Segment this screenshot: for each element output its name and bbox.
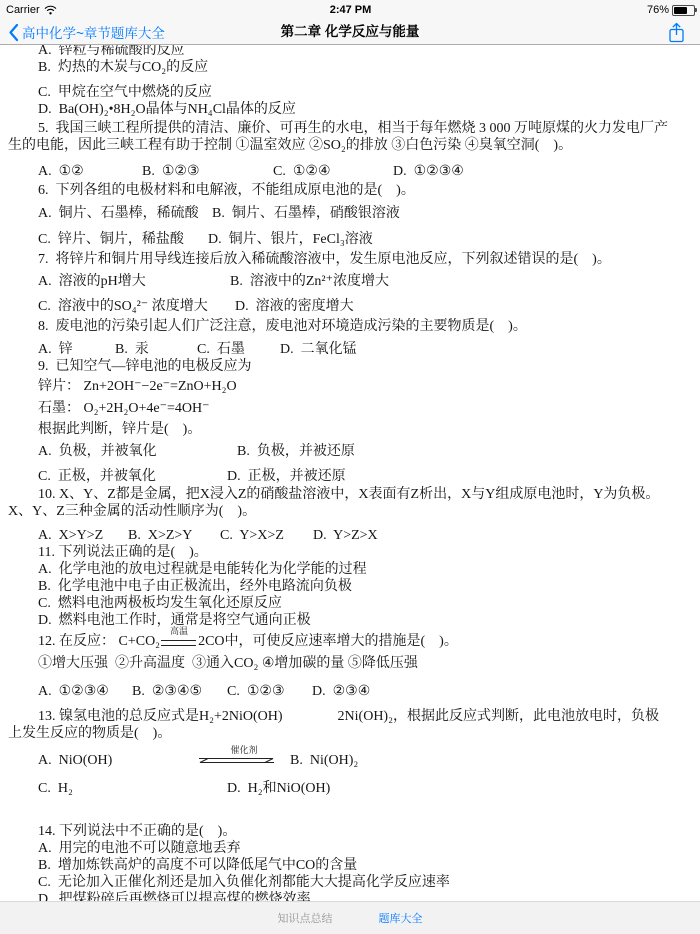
text-run: A. 溶液的pH增大: [38, 273, 230, 290]
text-run: 根据此判断，锌片是( )。: [38, 422, 201, 437]
text-run: B. 灼热的木炭与CO₂的反应: [38, 60, 208, 75]
doc-line: C. 正极，并被氧化D. 正极，并被还原: [0, 468, 700, 485]
text-run: D. H₂和NiO(OH): [227, 781, 330, 796]
doc-line: D. 燃料电池工作时，通常是将空气通向正极: [0, 612, 700, 629]
back-button-label: 高中化学~章节题库大全: [22, 22, 165, 42]
text-run: A. ①②: [38, 163, 142, 180]
doc-line: A. X>Y>ZB. X>Z>YC. Y>X>ZD. Y>Z>X: [0, 527, 700, 544]
text-run: A. X>Y>Z: [38, 527, 128, 544]
share-icon: [667, 22, 686, 44]
doc-line: 锌片： Zn+2OH⁻−2e⁻=ZnO+H₂O: [0, 378, 700, 395]
doc-line: A. 负极，并被氧化B. 负极，并被还原: [0, 443, 700, 460]
app-screen: A. 锌粒与稀硫酸的反应B. 灼热的木炭与CO₂的反应C. 甲烷在空气中燃烧的反…: [0, 0, 700, 934]
text-run: D. Ba(OH)₂•8H₂O晶体与NH₄Cl晶体的反应: [38, 102, 296, 117]
text-run: C. 正极，并被氧化: [38, 468, 227, 485]
text-run: C. 无论加入正催化剂还是加入负催化剂都能大大提高化学反应速率: [38, 875, 450, 890]
text-run: A. ①②③④: [38, 683, 132, 700]
text-run: C. ①②④: [273, 163, 393, 180]
doc-line: C. H₂D. H₂和NiO(OH): [0, 780, 700, 797]
condition-label: 高温: [160, 627, 198, 636]
doc-line: B. 化学电池中电子由正极流出，经外电路流向负极: [0, 578, 700, 595]
text-run: 6. 下列各组的电极材料和电解液，不能组成原电池的是( )。: [38, 183, 415, 198]
doc-line: A. 化学电池的放电过程就是电能转化为化学能的过程: [0, 561, 700, 578]
text-run: D. Y>Z>X: [313, 528, 378, 543]
text-run: 9. 已知空气—锌电池的电极反应为: [38, 359, 252, 374]
text-run: C. ①②③: [227, 683, 312, 700]
doc-line: A. NiO(OH)催化剂B. Ni(OH)₂: [0, 752, 700, 769]
share-button[interactable]: [667, 21, 686, 45]
text-run: 2CO中，可使反应速率增大的措施是( )。: [198, 634, 458, 649]
text-run: C. 燃料电池两极板均发生氧化还原反应: [38, 596, 282, 611]
doc-line: 9. 已知空气—锌电池的电极反应为: [0, 358, 700, 375]
text-run: 锌片： Zn+2OH⁻−2e⁻=ZnO+H₂O: [38, 379, 237, 394]
text-run: A. 锌粒与稀硫酸的反应: [38, 43, 185, 58]
text-run: 11. 下列说法正确的是( )。: [38, 545, 208, 560]
text-run: 10. X、Y、Z都是金属，把X浸入Z的硝酸盐溶液中，X表面有Z析出，X与Y组成…: [38, 487, 659, 502]
doc-line: A. 锌B. 汞C. 石墨D. 二氧化锰: [0, 341, 700, 358]
text-run: D. 溶液的密度增大: [235, 299, 354, 314]
text-run: A. NiO(OH): [38, 752, 198, 769]
doc-line: B. 增加炼铁高炉的高度不可以降低尾气中CO的含量: [0, 857, 700, 874]
text-run: 生的电能，因此三峡工程有助于控制 ①温室效应 ②SO₂的排放 ③白色污染 ④臭氧…: [8, 138, 572, 153]
text-run: 2Ni(OH)₂，根据此反应式判断，此电池放电时，负极: [338, 709, 659, 724]
doc-line: C. 甲烷在空气中燃烧的反应: [0, 84, 700, 101]
battery-fill: [674, 7, 687, 14]
text-run: B. X>Z>Y: [128, 527, 220, 544]
text-run: B. 铜片、石墨棒，硝酸银溶液: [212, 206, 400, 221]
wifi-icon: [44, 5, 57, 15]
carrier-label: Carrier: [6, 4, 40, 16]
text-run: A. 铜片、石墨棒，稀硫酸: [38, 205, 212, 222]
text-run: A. 化学电池的放电过程就是电能转化为化学能的过程: [38, 562, 367, 577]
text-run: 5. 我国三峡工程所提供的清洁、廉价、可再生的水电，相当于每年燃烧 3 000 …: [38, 121, 668, 136]
doc-line: C. 无论加入正催化剂还是加入负催化剂都能大大提高化学反应速率: [0, 874, 700, 891]
doc-line: ①增大压强 ②升高温度 ③通入CO₂ ④增加碳的量 ⑤降低压强: [0, 655, 700, 672]
text-run: 13. 镍氢电池的总反应式是H₂+2NiO(OH): [38, 709, 283, 724]
doc-line: A. 溶液的pH增大B. 溶液中的Zn²⁺浓度增大: [0, 273, 700, 290]
text-run: B. ①②③: [142, 163, 273, 180]
doc-line: 13. 镍氢电池的总反应式是H₂+2NiO(OH)2Ni(OH)₂，根据此反应式…: [0, 708, 700, 725]
doc-line: 6. 下列各组的电极材料和电解液，不能组成原电池的是( )。: [0, 182, 700, 199]
battery-icon: [672, 5, 695, 16]
text-run: C. 锌片、铜片，稀盐酸: [38, 231, 208, 248]
text-run: D. 铜片、银片，FeCl₃溶液: [208, 232, 373, 247]
status-right: 76%: [371, 4, 700, 16]
text-run: C. H₂: [38, 780, 227, 797]
text-run: B. Ni(OH)₂: [290, 753, 358, 768]
back-button[interactable]: 高中化学~章节题库大全: [8, 20, 165, 44]
clock: 2:47 PM: [330, 4, 372, 16]
doc-line: C. 燃料电池两极板均发生氧化还原反应: [0, 595, 700, 612]
doc-line: D. Ba(OH)₂•8H₂O晶体与NH₄Cl晶体的反应: [0, 101, 700, 118]
tab-knowledge-summary[interactable]: 知识点总结: [278, 910, 333, 926]
text-run: 石墨： O₂+2H₂O+4e⁻=4OH⁻: [38, 401, 210, 416]
text-run: B. 化学电池中电子由正极流出，经外电路流向负极: [38, 579, 352, 594]
text-run: X、Y、Z三种金属的活动性顺序为( )。: [8, 504, 256, 519]
doc-line: 10. X、Y、Z都是金属，把X浸入Z的硝酸盐溶液中，X表面有Z析出，X与Y组成…: [0, 486, 700, 503]
condition-label: 催化剂: [198, 746, 290, 755]
reaction-condition-mark: 高温: [160, 634, 198, 648]
doc-line: 石墨： O₂+2H₂O+4e⁻=4OH⁻: [0, 400, 700, 417]
doc-line: C. 溶液中的SO₄²⁻ 浓度增大D. 溶液的密度增大: [0, 298, 700, 315]
text-run: B. 负极，并被还原: [237, 444, 355, 459]
doc-line: 生的电能，因此三峡工程有助于控制 ①温室效应 ②SO₂的排放 ③白色污染 ④臭氧…: [0, 137, 700, 154]
doc-line: B. 灼热的木炭与CO₂的反应: [0, 59, 700, 76]
doc-line: A. ①②B. ①②③C. ①②④D. ①②③④: [0, 163, 700, 180]
document-lines: A. 锌粒与稀硫酸的反应B. 灼热的木炭与CO₂的反应C. 甲烷在空气中燃烧的反…: [0, 42, 700, 908]
text-run: D. 正极，并被还原: [227, 469, 346, 484]
text-run: ①增大压强 ②升高温度 ③通入CO₂ ④增加碳的量 ⑤降低压强: [38, 656, 418, 671]
doc-line: 14. 下列说法中不正确的是( )。: [0, 823, 700, 840]
doc-line: A. 铜片、石墨棒，稀硫酸B. 铜片、石墨棒，硝酸银溶液: [0, 205, 700, 222]
status-left: Carrier: [0, 4, 330, 16]
text-run: 7. 将锌片和铜片用导线连接后放入稀硫酸溶液中，发生原电池反应，下列叙述错误的是…: [38, 252, 611, 267]
doc-line: X、Y、Z三种金属的活动性顺序为( )。: [0, 503, 700, 520]
text-run: B. ②③④⑤: [132, 683, 227, 700]
text-run: B. 汞: [115, 341, 197, 358]
chevron-left-icon: [8, 23, 19, 42]
text-run: 12. 在反应： C+CO₂: [38, 634, 160, 649]
text-run: D. 二氧化锰: [280, 342, 357, 357]
text-run: 上发生反应的物质是( )。: [8, 726, 171, 741]
text-run: C. 石墨: [197, 341, 280, 358]
tab-question-bank[interactable]: 题库大全: [379, 910, 423, 926]
doc-line: 12. 在反应： C+CO₂高温2CO中，可使反应速率增大的措施是( )。: [0, 633, 700, 650]
text-run: D. ①②③④: [393, 164, 464, 179]
doc-line: 5. 我国三峡工程所提供的清洁、廉价、可再生的水电，相当于每年燃烧 3 000 …: [0, 120, 700, 137]
text-run: C. 甲烷在空气中燃烧的反应: [38, 85, 212, 100]
doc-line: 根据此判断，锌片是( )。: [0, 421, 700, 438]
doc-line: C. 锌片、铜片，稀盐酸D. 铜片、银片，FeCl₃溶液: [0, 231, 700, 248]
text-run: C. Y>X>Z: [220, 527, 313, 544]
doc-line: A. 用完的电池不可以随意地丢弃: [0, 840, 700, 857]
doc-line: A. ①②③④B. ②③④⑤C. ①②③D. ②③④: [0, 683, 700, 700]
status-bar: Carrier 2:47 PM 76%: [0, 0, 700, 20]
text-run: B. 溶液中的Zn²⁺浓度增大: [230, 274, 389, 289]
doc-line: 11. 下列说法正确的是( )。: [0, 544, 700, 561]
text-run: 14. 下列说法中不正确的是( )。: [38, 824, 236, 839]
dblline-symbol: [161, 640, 196, 646]
text-run: A. 锌: [38, 341, 115, 358]
text-run: A. 负极，并被氧化: [38, 443, 237, 460]
text-run: A. 用完的电池不可以随意地丢弃: [38, 841, 241, 856]
nav-bar: 第二章 化学反应与能量 高中化学~章节题库大全: [0, 20, 700, 45]
text-run: D. ②③④: [312, 684, 370, 699]
equilibrium-arrow: 催化剂: [198, 753, 290, 767]
document-page[interactable]: A. 锌粒与稀硫酸的反应B. 灼热的木炭与CO₂的反应C. 甲烷在空气中燃烧的反…: [0, 0, 700, 908]
battery-percent: 76%: [647, 4, 669, 16]
tab-bar: 知识点总结 题库大全: [0, 901, 700, 934]
doc-line: 上发生反应的物质是( )。: [0, 725, 700, 742]
doc-line: 7. 将锌片和铜片用导线连接后放入稀硫酸溶液中，发生原电池反应，下列叙述错误的是…: [0, 251, 700, 268]
text-run: C. 溶液中的SO₄²⁻ 浓度增大: [38, 298, 235, 315]
harpoon-symbol: [198, 756, 275, 765]
text-run: 8. 废电池的污染引起人们广泛注意，废电池对环境造成污染的主要物质是( )。: [38, 319, 527, 334]
text-run: B. 增加炼铁高炉的高度不可以降低尾气中CO的含量: [38, 858, 357, 873]
doc-line: 8. 废电池的污染引起人们广泛注意，废电池对环境造成污染的主要物质是( )。: [0, 318, 700, 335]
